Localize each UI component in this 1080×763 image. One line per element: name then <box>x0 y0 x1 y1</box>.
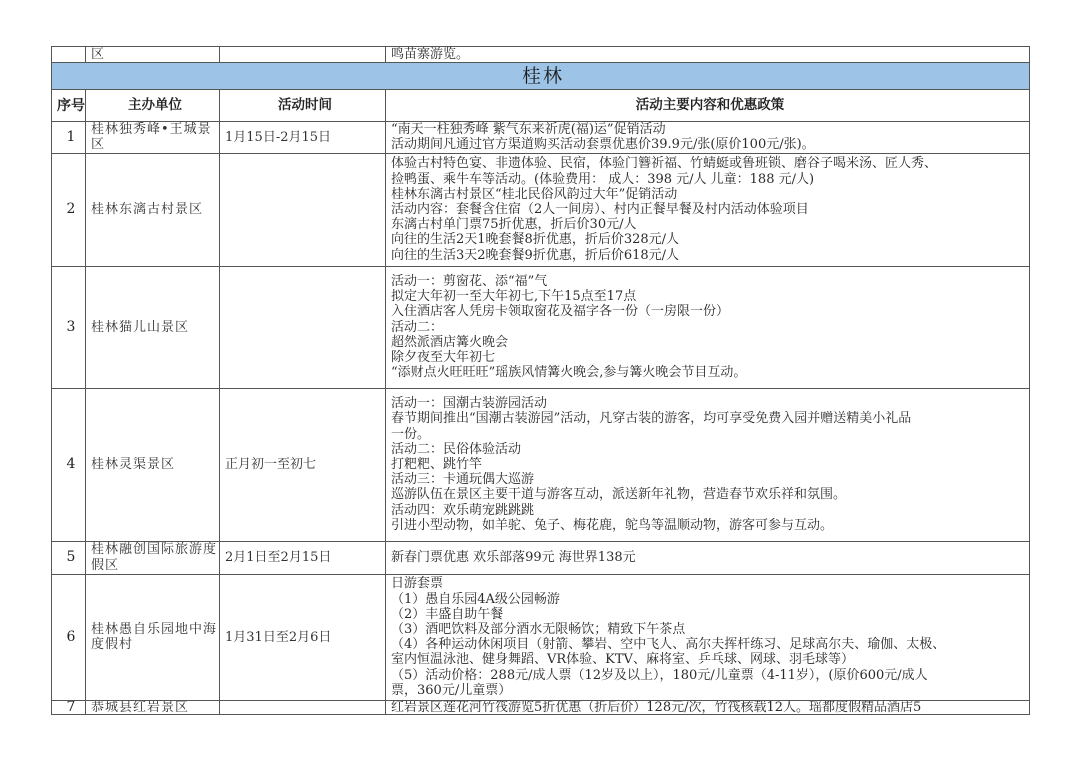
content-line: 活动二：民俗体验活动 <box>391 442 1029 457</box>
content-line: 巡游队伍在景区主要干道与游客互动，派送新年礼物，营造春节欢乐祥和氛围。 <box>391 487 1029 502</box>
table-row: 2 桂林东漓古村景区 体验古村特色宴、非遗体验、民宿，体验门簪祈福、竹蜻蜓或鲁班… <box>52 153 1030 266</box>
promotion-table: 区 鸣苗寨游览。 桂林 序号 主办单位 活动时间 活动主要内容和优惠政策 1 桂… <box>51 46 1030 715</box>
cell-content: 体验古村特色宴、非遗体验、民宿，体验门簪祈福、竹蜻蜓或鲁班锁、磨谷子喝米汤、匠人… <box>386 153 1030 266</box>
content-line: （2）丰盛自助午餐 <box>391 607 1029 622</box>
cell-org: 桂林东漓古村景区 <box>86 153 220 266</box>
cell-time <box>220 47 386 63</box>
content-line: 日游套票 <box>391 576 1029 591</box>
header-org: 主办单位 <box>86 90 220 122</box>
table-row: 7 恭城县红岩景区 红岩景区莲花河竹筏游览5折优惠（折后价）128元/次，竹筏核… <box>52 700 1030 714</box>
cell-content: 活动一：剪窗花、添“福”气 拟定大年初一至大年初七,下午15点至17点 入住酒店… <box>386 266 1030 388</box>
cell-no: 3 <box>52 266 86 388</box>
cell-content: “南天一柱独秀峰 紫气东来祈虎(福)运”促销活动 活动期间凡通过官方渠道购买活动… <box>386 122 1030 153</box>
content-line: 室内恒温泳池、健身舞蹈、VR体验、KTV、麻将室、乒乓球、网球、羽毛球等） <box>391 652 1029 667</box>
table-row: 3 桂林猫儿山景区 活动一：剪窗花、添“福”气 拟定大年初一至大年初七,下午15… <box>52 266 1030 388</box>
content-line: （3）酒吧饮料及部分酒水无限畅饮；精致下午茶点 <box>391 622 1029 637</box>
content-line: 活动期间凡通过官方渠道购买活动套票优惠价39.9元/张(原价100元/张)。 <box>391 137 1029 152</box>
content-line: （5）活动价格：288元/成人票（12岁及以上），180元/儿童票（4-11岁）… <box>391 668 1029 683</box>
content-line: 活动三：卡通玩偶大巡游 <box>391 472 1029 487</box>
content-line: 超然派酒店篝火晚会 <box>391 335 1029 350</box>
table-row: 1 桂林独秀峰•王城景区 1月15日-2月15日 “南天一柱独秀峰 紫气东来祈虎… <box>52 122 1030 153</box>
cell-org: 区 <box>86 47 220 63</box>
content-line: 活动一：国潮古装游园活动 <box>391 396 1029 411</box>
cell-no: 4 <box>52 388 86 541</box>
table-row: 5 桂林融创国际旅游度假区 2月1日至2月15日 新春门票优惠 欢乐部落99元 … <box>52 541 1030 574</box>
content-line: 新春门票优惠 欢乐部落99元 海世界138元 <box>391 550 1029 565</box>
cell-time: 2月1日至2月15日 <box>220 541 386 574</box>
content-line: 红岩景区莲花河竹筏游览5折优惠（折后价）128元/次，竹筏核载12人。瑶都度假精… <box>391 701 1029 714</box>
content-line: “添财点火旺旺旺”瑶族风情篝火晚会,参与篝火晚会节目互动。 <box>391 365 1029 380</box>
cell-no <box>52 47 86 63</box>
cell-no: 6 <box>52 574 86 700</box>
cell-no: 1 <box>52 122 86 153</box>
content-line: 东漓古村单门票75折优惠，折后价30元/人 <box>391 217 1029 232</box>
column-header-row: 序号 主办单位 活动时间 活动主要内容和优惠政策 <box>52 90 1030 122</box>
cell-content: 活动一：国潮古装游园活动 春节期间推出“国潮古装游园”活动，凡穿古装的游客，均可… <box>386 388 1030 541</box>
content-line: 捡鸭蛋、乘牛车等活动。(体验费用： 成人：398 元/人 儿童：188 元/人) <box>391 172 1029 187</box>
content-line: （4）各种运动休闲项目（射箭、攀岩、空中飞人、高尔夫挥杆练习、足球高尔夫、瑜伽、… <box>391 637 1029 652</box>
header-content: 活动主要内容和优惠政策 <box>386 90 1030 122</box>
content-line: 活动内容：套餐含住宿（2人一间房）、村内正餐早餐及村内活动体验项目 <box>391 202 1029 217</box>
cell-time <box>220 700 386 714</box>
cell-no: 2 <box>52 153 86 266</box>
content-line: 活动一：剪窗花、添“福”气 <box>391 274 1029 289</box>
cell-org: 桂林独秀峰•王城景区 <box>86 122 220 153</box>
cell-time: 1月31日至2月6日 <box>220 574 386 700</box>
cell-content: 鸣苗寨游览。 <box>386 47 1030 63</box>
cell-content: 日游套票 （1）愚自乐园4A级公园畅游 （2）丰盛自助午餐 （3）酒吧饮料及部分… <box>386 574 1030 700</box>
content-line: 桂林东漓古村景区“桂北民俗风韵过大年”促销活动 <box>391 187 1029 202</box>
content-line: 拟定大年初一至大年初七,下午15点至17点 <box>391 289 1029 304</box>
content-line: “南天一柱独秀峰 紫气东来祈虎(福)运”促销活动 <box>391 122 1029 137</box>
cell-time <box>220 153 386 266</box>
content-line: 春节期间推出“国潮古装游园”活动，凡穿古装的游客，均可享受免费入园并赠送精美小礼… <box>391 411 1029 426</box>
cell-org: 桂林灵渠景区 <box>86 388 220 541</box>
cell-org: 桂林愚自乐园地中海度假村 <box>86 574 220 700</box>
content-line: 入住酒店客人凭房卡领取窗花及福字各一份（一房限一份） <box>391 304 1029 319</box>
content-line: 引进小型动物，如羊驼、兔子、梅花鹿，鸵鸟等温顺动物，游客可参与互动。 <box>391 518 1029 533</box>
table-row: 4 桂林灵渠景区 正月初一至初七 活动一：国潮古装游园活动 春节期间推出“国潮古… <box>52 388 1030 541</box>
cell-time <box>220 266 386 388</box>
previous-row-tail: 区 鸣苗寨游览。 <box>52 47 1030 63</box>
content-line: 打粑粑、跳竹竿 <box>391 457 1029 472</box>
content-line: （1）愚自乐园4A级公园畅游 <box>391 592 1029 607</box>
content-line: 体验古村特色宴、非遗体验、民宿，体验门簪祈福、竹蜻蜓或鲁班锁、磨谷子喝米汤、匠人… <box>391 156 1029 171</box>
content-line: 票，360元/儿童票） <box>391 683 1029 698</box>
region-header-row: 桂林 <box>52 63 1030 90</box>
content-line: 活动二： <box>391 320 1029 335</box>
content-line: 除夕夜至大年初七 <box>391 350 1029 365</box>
header-no: 序号 <box>52 90 86 122</box>
region-title: 桂林 <box>52 63 1030 90</box>
cell-time: 正月初一至初七 <box>220 388 386 541</box>
content-line: 一份。 <box>391 427 1029 442</box>
table-row: 6 桂林愚自乐园地中海度假村 1月31日至2月6日 日游套票 （1）愚自乐园4A… <box>52 574 1030 700</box>
cell-no: 7 <box>52 700 86 714</box>
cell-content: 新春门票优惠 欢乐部落99元 海世界138元 <box>386 541 1030 574</box>
content-line: 活动四：欢乐萌宠跳跳跳 <box>391 503 1029 518</box>
content-line: 向往的生活3天2晚套餐9折优惠，折后价618元/人 <box>391 248 1029 263</box>
cell-org: 桂林融创国际旅游度假区 <box>86 541 220 574</box>
content-line: 向往的生活2天1晚套餐8折优惠，折后价328元/人 <box>391 232 1029 247</box>
cell-content: 红岩景区莲花河竹筏游览5折优惠（折后价）128元/次，竹筏核载12人。瑶都度假精… <box>386 700 1030 714</box>
cell-org: 恭城县红岩景区 <box>86 700 220 714</box>
header-time: 活动时间 <box>220 90 386 122</box>
cell-no: 5 <box>52 541 86 574</box>
cell-time: 1月15日-2月15日 <box>220 122 386 153</box>
cell-org: 桂林猫儿山景区 <box>86 266 220 388</box>
